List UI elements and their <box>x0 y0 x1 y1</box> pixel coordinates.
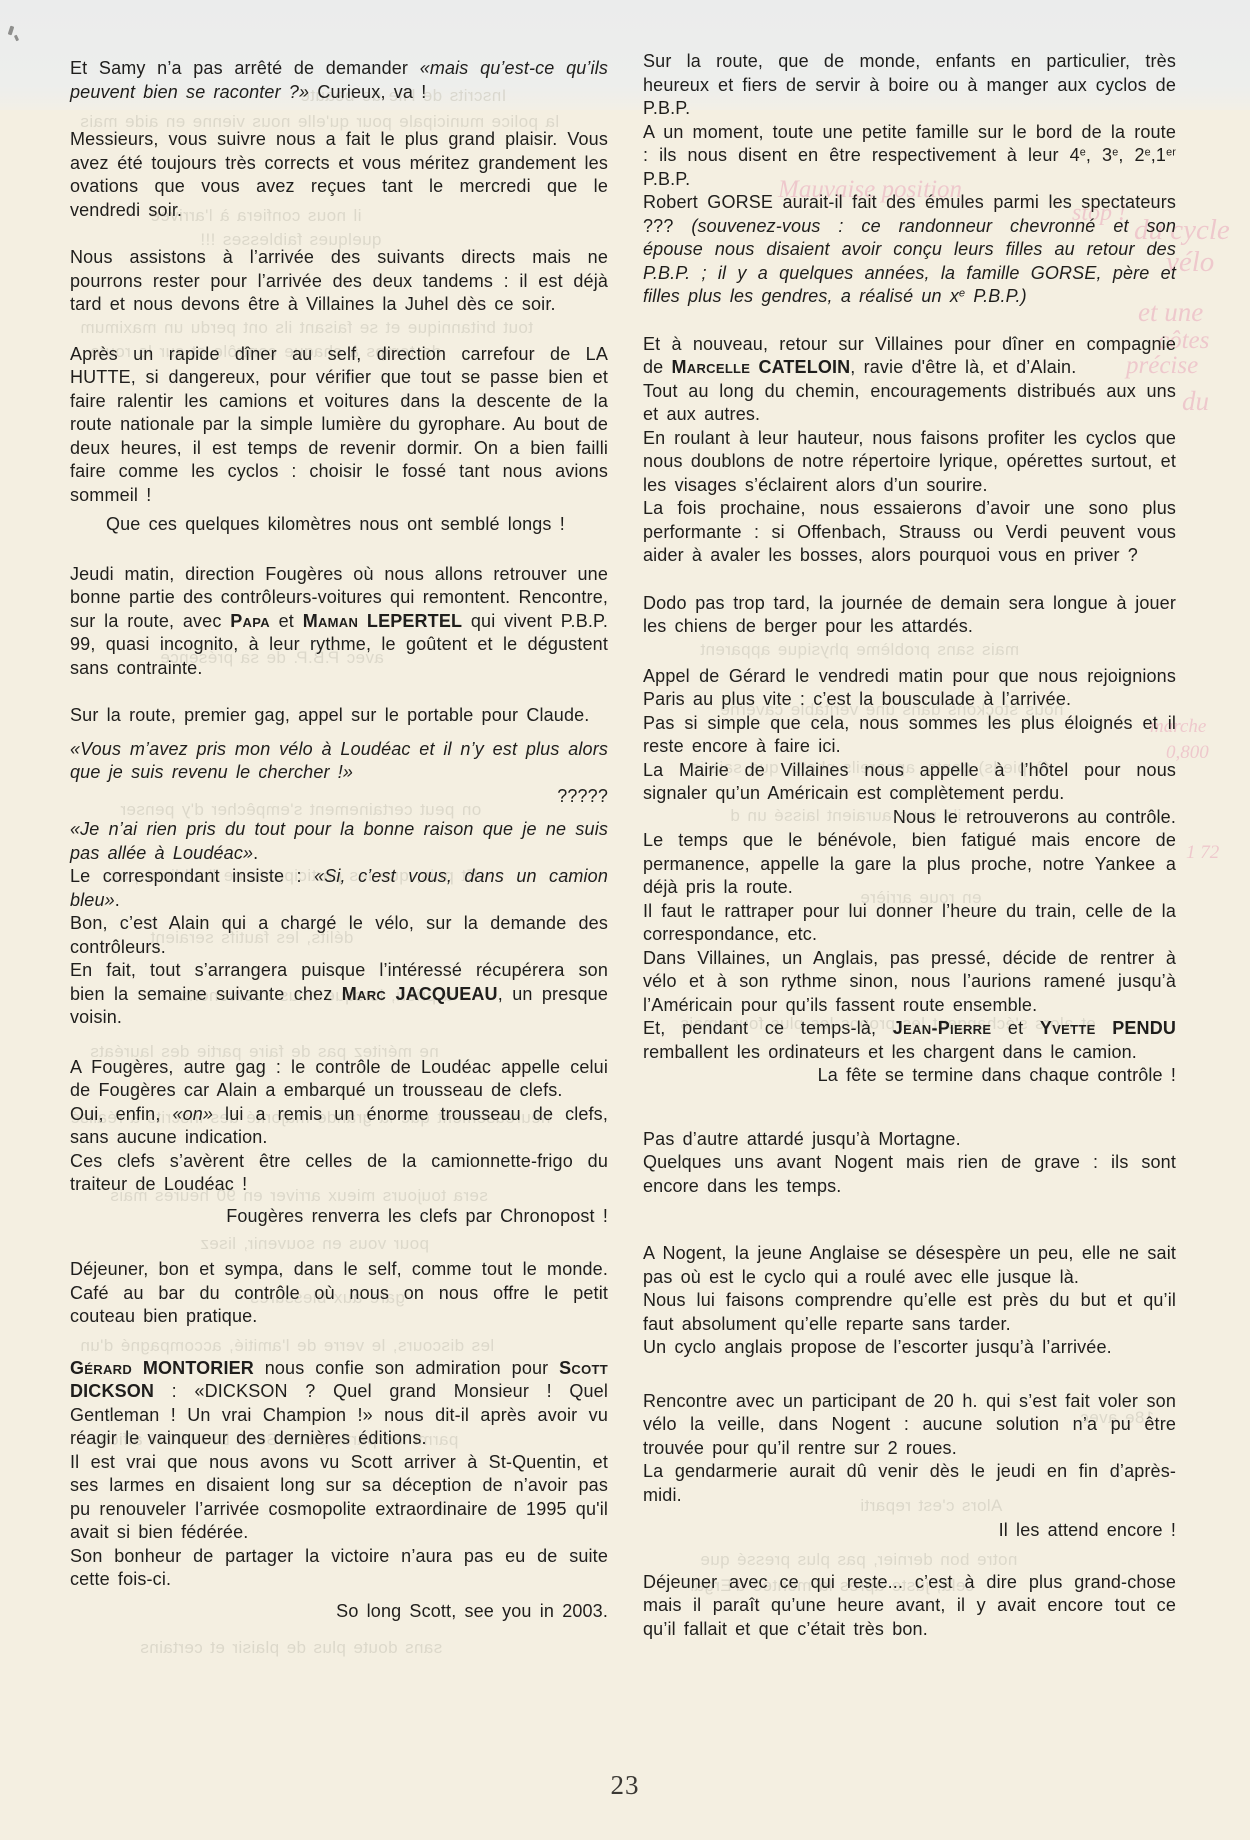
paragraph: «Je n’ai rien pris du tout pour la bonne… <box>70 818 608 865</box>
paragraph: Dodo pas trop tard, la journée de demain… <box>643 592 1176 639</box>
page-number: 23 <box>0 1770 1250 1801</box>
paragraph: Dans Villaines, un Anglais, pas pressé, … <box>643 947 1176 1018</box>
paragraph: So long Scott, see you in 2003. <box>70 1600 608 1624</box>
paragraph: Nous lui faisons comprendre qu’elle est … <box>643 1289 1176 1336</box>
paragraph: Appel de Gérard le vendredi matin pour q… <box>643 665 1176 712</box>
paragraph: La fête se termine dans chaque contrôle … <box>643 1064 1176 1088</box>
bleedthrough-text: 1 72 <box>1186 842 1219 864</box>
right-column: Sur la route, que de monde, enfants en p… <box>643 50 1176 1641</box>
paragraph: Rencontre avec un participant de 20 h. q… <box>643 1390 1176 1461</box>
paragraph: En fait, tout s’arrangera puisque l’inté… <box>70 959 608 1030</box>
paragraph: Déjeuner, bon et sympa, dans le self, co… <box>70 1258 608 1329</box>
paragraph: Et Samy n’a pas arrêté de demander «mais… <box>70 57 608 104</box>
paragraph: Après un rapide dîner au self, direction… <box>70 343 608 508</box>
paragraph: Jeudi matin, direction Fougères où nous … <box>70 563 608 681</box>
paragraph: Il faut le rattraper pour lui donner l’h… <box>643 900 1176 947</box>
paragraph: Et à nouveau, retour sur Villaines pour … <box>643 333 1176 380</box>
paragraph: A Fougères, autre gag : le contrôle de L… <box>70 1056 608 1103</box>
left-column: Et Samy n’a pas arrêté de demander «mais… <box>70 57 608 1623</box>
paragraph: ????? <box>70 785 608 809</box>
paragraph: A Nogent, la jeune Anglaise se désespère… <box>643 1242 1176 1289</box>
paragraph: Quelques uns avant Nogent mais rien de g… <box>643 1151 1176 1198</box>
paragraph: Nous le retrouverons au contrôle. <box>643 806 1176 830</box>
bleedthrough-text: du <box>1182 386 1209 417</box>
paragraph: Il les attend encore ! <box>643 1519 1176 1543</box>
paragraph: Tout au long du chemin, encouragements d… <box>643 380 1176 427</box>
bleedthrough-text: sans doute plus de plaisir et certains <box>140 1638 442 1658</box>
paragraph: Sur la route, que de monde, enfants en p… <box>643 50 1176 121</box>
paragraph: Pas si simple que cela, nous sommes les … <box>643 712 1176 759</box>
paragraph: Pas d’autre attardé jusqu’à Mortagne. <box>643 1128 1176 1152</box>
paragraph: Gérard MONTORIER nous confie son admirat… <box>70 1357 608 1451</box>
paragraph: Déjeuner avec ce qui reste... c’est à di… <box>643 1571 1176 1642</box>
paragraph: La Mairie de Villaines nous appelle à l’… <box>643 759 1176 806</box>
document-page: Mauvaise positionstop !du cyclevéloet un… <box>0 0 1250 1840</box>
paragraph: A un moment, toute une petite famille su… <box>643 121 1176 192</box>
paragraph: Le temps que le bénévole, bien fatigué m… <box>643 829 1176 900</box>
paragraph: Que ces quelques kilomètres nous ont sem… <box>70 513 608 537</box>
paragraph: Un cyclo anglais propose de l’escorter j… <box>643 1336 1176 1360</box>
paragraph: La gendarmerie aurait dû venir dès le je… <box>643 1460 1176 1507</box>
paragraph: Et, pendant ce temps-là, Jean-Pierre et … <box>643 1017 1176 1064</box>
paragraph: «Vous m’avez pris mon vélo à Loudéac et … <box>70 738 608 785</box>
paragraph: La fois prochaine, nous essaierons d’avo… <box>643 497 1176 568</box>
paragraph: Son bonheur de partager la victoire n’au… <box>70 1545 608 1592</box>
paragraph: Oui, enfin, «on» lui a remis un énorme t… <box>70 1103 608 1150</box>
paragraph: Bon, c’est Alain qui a chargé le vélo, s… <box>70 912 608 959</box>
paragraph: Fougères renverra les clefs par Chronopo… <box>70 1205 608 1229</box>
paragraph: Nous assistons à l’arrivée des suivants … <box>70 246 608 317</box>
paragraph: Sur la route, premier gag, appel sur le … <box>70 704 608 728</box>
paragraph: Messieurs, vous suivre nous a fait le pl… <box>70 128 608 222</box>
paragraph: Il est vrai que nous avons vu Scott arri… <box>70 1451 608 1545</box>
paragraph: Robert GORSE aurait-il fait des émules p… <box>643 191 1176 309</box>
paragraph: Le correspondant insiste : «Si, c’est vo… <box>70 865 608 912</box>
paragraph: En roulant à leur hauteur, nous faisons … <box>643 427 1176 498</box>
paragraph: Ces clefs s’avèrent être celles de la ca… <box>70 1150 608 1197</box>
